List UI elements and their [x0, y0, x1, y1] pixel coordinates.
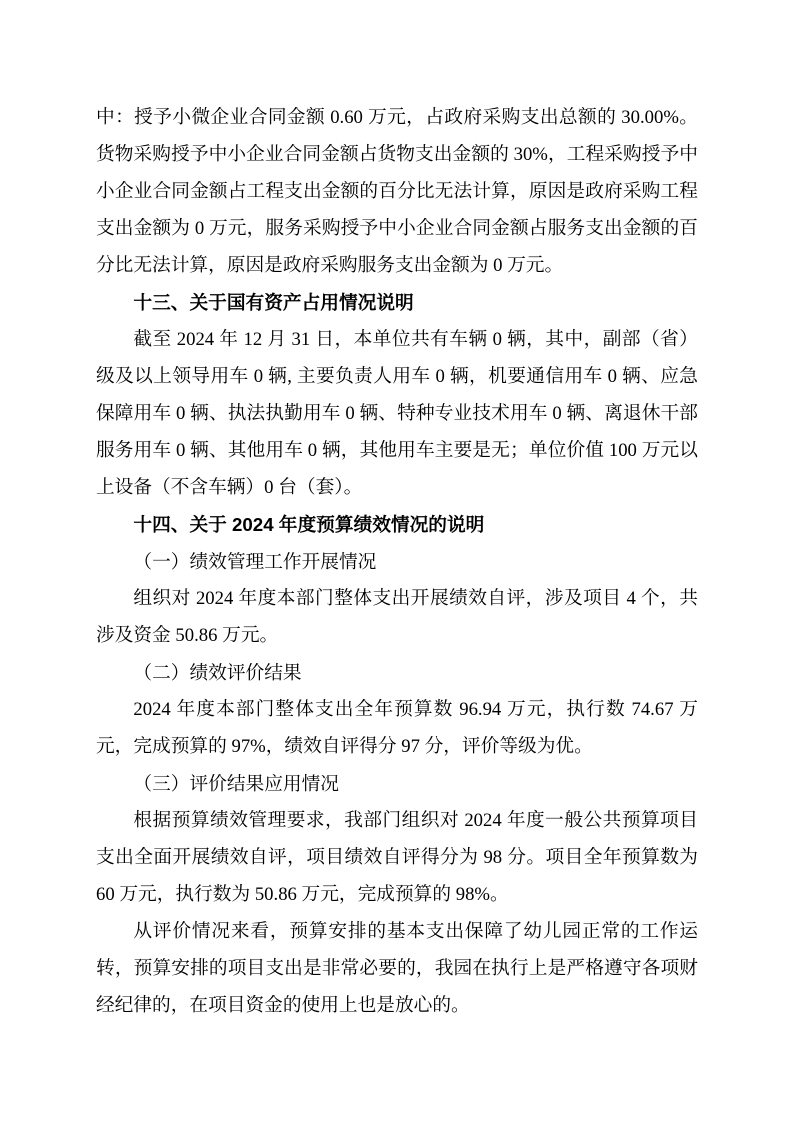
paragraph-evaluation-conclusion: 从评价情况来看，预算安排的基本支出保障了幼儿园正常的工作运转，预算安排的项目支出…: [96, 913, 698, 1024]
paragraph-performance-management: 组织对 2024 年度本部门整体支出开展绩效自评，涉及项目 4 个，共涉及资金 …: [96, 580, 698, 654]
section-14-heading: 十四、关于 2024 年度预算绩效情况的说明: [96, 506, 698, 543]
paragraph-state-assets: 截至 2024 年 12 月 31 日，本单位共有车辆 0 辆，其中，副部（省）…: [96, 321, 698, 506]
paragraph-evaluation-results: 2024 年度本部门整体支出全年预算数 96.94 万元，执行数 74.67 万…: [96, 691, 698, 765]
section-14-sub2-heading: （二）绩效评价结果: [96, 654, 698, 691]
section-13-heading: 十三、关于国有资产占用情况说明: [96, 284, 698, 321]
section-14-sub3-heading: （三）评价结果应用情况: [96, 765, 698, 802]
section-14-sub1-heading: （一）绩效管理工作开展情况: [96, 543, 698, 580]
document-content: 中：授予小微企业合同金额 0.60 万元，占政府采购支出总额的 30.00%。货…: [0, 0, 793, 1024]
document-page: 中：授予小微企业合同金额 0.60 万元，占政府采购支出总额的 30.00%。货…: [0, 0, 793, 1122]
paragraph-results-application: 根据预算绩效管理要求，我部门组织对 2024 年度一般公共预算项目支出全面开展绩…: [96, 802, 698, 913]
paragraph-procurement-continued: 中：授予小微企业合同金额 0.60 万元，占政府采购支出总额的 30.00%。货…: [96, 99, 698, 284]
